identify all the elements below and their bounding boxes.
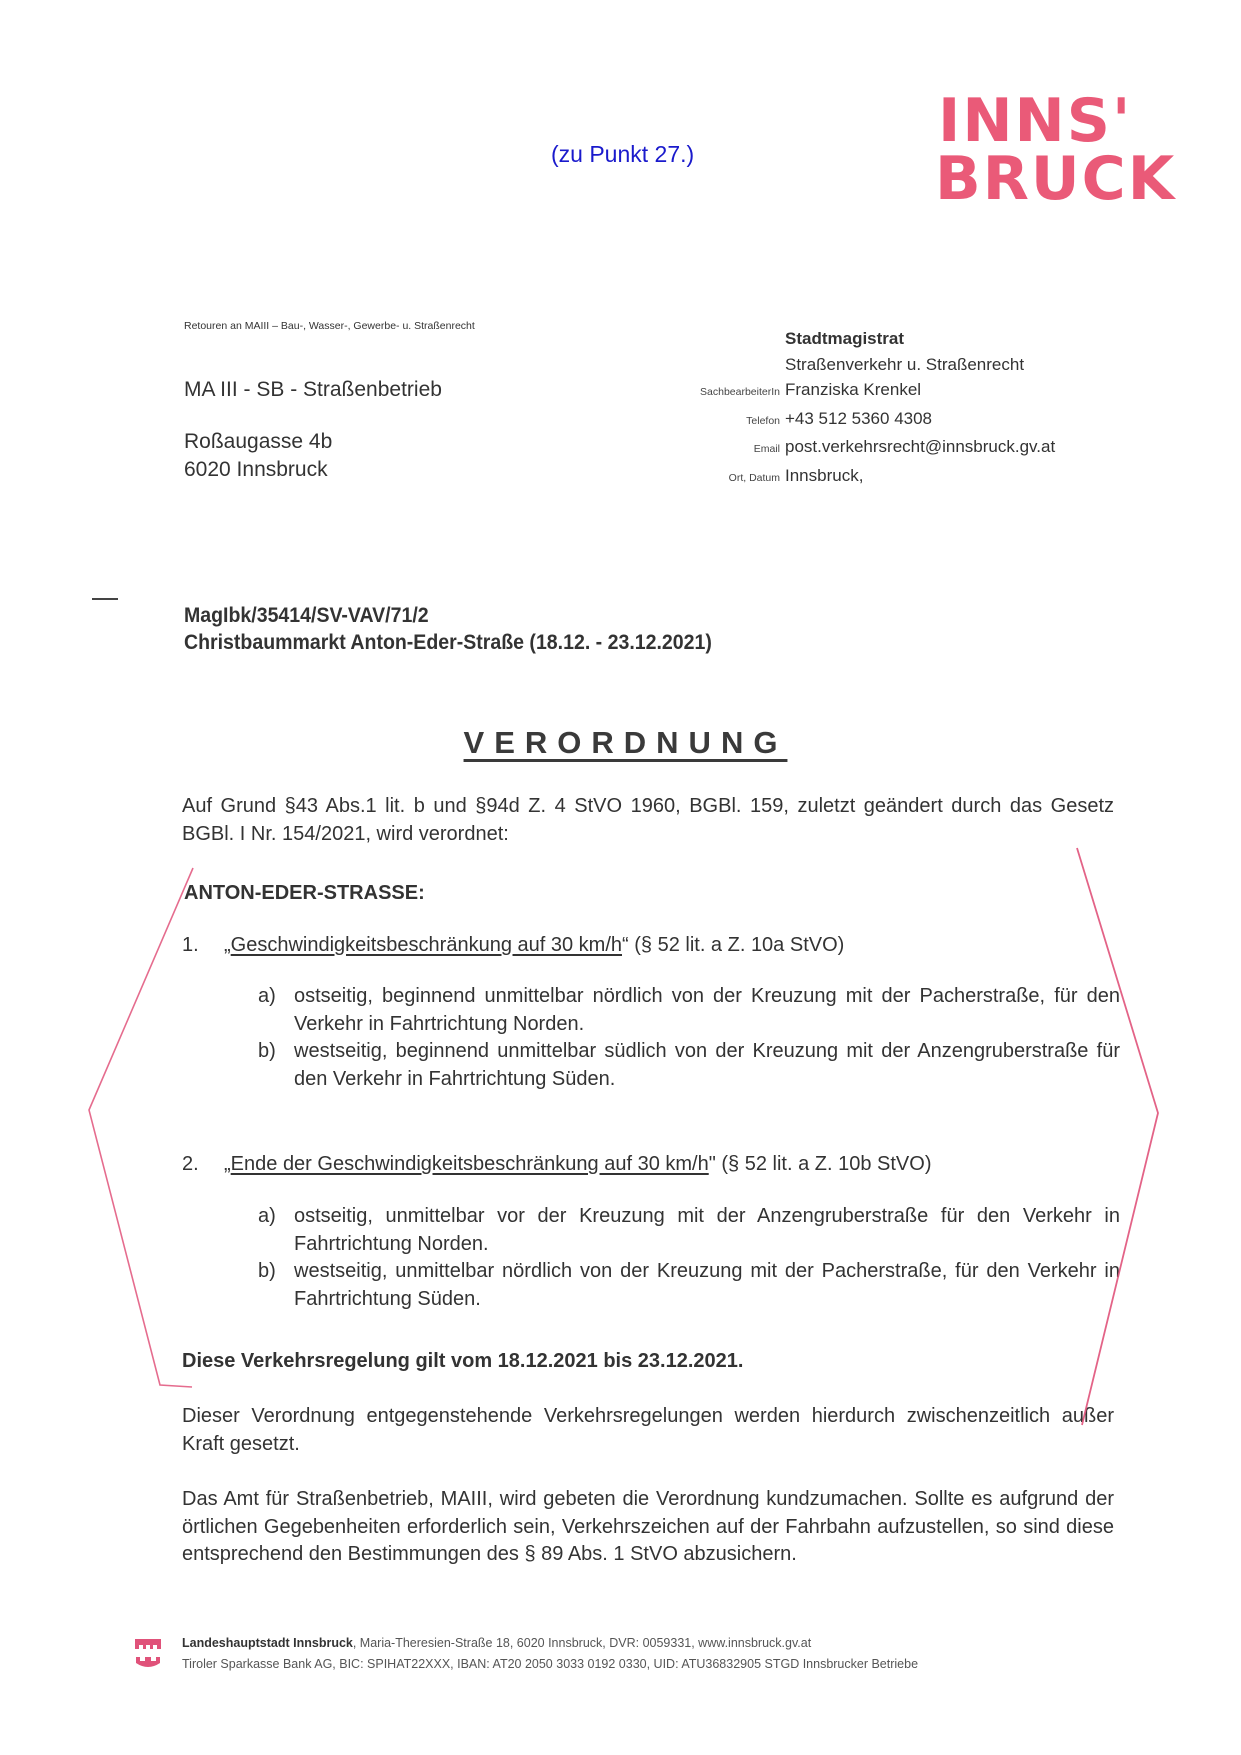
- sender-row-phone: Telefon+43 512 5360 4308: [600, 406, 1055, 435]
- sender-value: +43 512 5360 4308: [785, 406, 932, 432]
- regulation-1-subitems: a)ostseitig, beginnend unmittelbar nördl…: [258, 983, 1120, 1093]
- sender-label: Ort, Datum: [600, 466, 785, 492]
- validity-statement: Diese Verkehrsregelung gilt vom 18.12.20…: [182, 1350, 743, 1373]
- subitem: a)ostseitig, unmittelbar vor der Kreuzun…: [258, 1203, 1120, 1258]
- sender-row-place-date: Ort, DatumInnsbruck,: [600, 463, 1055, 492]
- sender-block: Stadtmagistrat Straßenverkehr u. Straßen…: [600, 326, 1055, 491]
- subitem: b)westseitig, beginnend unmittelbar südl…: [258, 1038, 1120, 1093]
- regulation-item-1: 1.„Geschwindigkeitsbeschränkung auf 30 k…: [182, 934, 844, 957]
- agenda-reference-note: (zu Punkt 27.): [551, 141, 694, 168]
- recipient-name: MA III - SB - Straßenbetrieb: [184, 376, 442, 404]
- sender-value: Innsbruck,: [785, 463, 863, 489]
- regulation-title: Geschwindigkeitsbeschränkung auf 30 km/h: [231, 934, 622, 956]
- subject-block: MagIbk/35414/SV-VAV/71/2 Christbaummarkt…: [184, 602, 712, 656]
- recipient-address: MA III - SB - Straßenbetrieb Roßaugasse …: [184, 376, 442, 484]
- subject-title: Christbaummarkt Anton-Eder-Straße (18.12…: [184, 629, 712, 656]
- street-heading: ANTON-EDER-STRASSE:: [184, 882, 425, 905]
- reference-number: MagIbk/35414/SV-VAV/71/2: [184, 602, 712, 629]
- sender-department: Straßenverkehr u. Straßenrecht: [785, 352, 1024, 378]
- regulation-item-2: 2.„Ende der Geschwindigkeitsbeschränkung…: [182, 1153, 932, 1176]
- conflict-paragraph: Dieser Verordnung entgegenstehende Verke…: [182, 1403, 1114, 1458]
- sender-value: Franziska Krenkel: [785, 377, 921, 403]
- sender-row-email: Emailpost.verkehrsrecht@innsbruck.gv.at: [600, 434, 1055, 463]
- legal-basis-paragraph: Auf Grund §43 Abs.1 lit. b und §94d Z. 4…: [182, 793, 1114, 848]
- document-title: VERORDNUNG: [0, 725, 1241, 761]
- innsbruck-logo: INNS' BRUCK: [938, 92, 1176, 208]
- sender-label: Telefon: [600, 409, 785, 435]
- logo-line-2: BRUCK: [935, 150, 1176, 208]
- regulation-2-subitems: a)ostseitig, unmittelbar vor der Kreuzun…: [258, 1203, 1120, 1313]
- subitem: b)westseitig, unmittelbar nördlich von d…: [258, 1258, 1120, 1313]
- fold-mark: [92, 598, 118, 600]
- instruction-paragraph: Das Amt für Straßenbetrieb, MAIII, wird …: [182, 1486, 1114, 1569]
- footer-line-1: Landeshauptstadt Innsbruck, Maria-Theres…: [182, 1633, 918, 1654]
- sender-email-link[interactable]: post.verkehrsrecht@innsbruck.gv.at: [785, 434, 1055, 460]
- sender-org: Stadtmagistrat: [785, 326, 904, 352]
- sender-row-clerk: SachbearbeiterInFranziska Krenkel: [600, 377, 1055, 406]
- subitem: a)ostseitig, beginnend unmittelbar nördl…: [258, 983, 1120, 1038]
- regulation-title: Ende der Geschwindigkeitsbeschränkung au…: [231, 1153, 709, 1175]
- footer-line-2: Tiroler Sparkasse Bank AG, BIC: SPIHAT22…: [182, 1654, 918, 1675]
- sender-label: SachbearbeiterIn: [600, 380, 785, 406]
- return-address: Retouren an MAIII – Bau-, Wasser-, Gewer…: [184, 320, 475, 332]
- sender-label: Email: [600, 437, 785, 463]
- recipient-street: Roßaugasse 4b: [184, 428, 442, 456]
- recipient-city: 6020 Innsbruck: [184, 456, 442, 484]
- footer: Landeshauptstadt Innsbruck, Maria-Theres…: [182, 1633, 918, 1675]
- city-emblem-icon: [133, 1637, 163, 1671]
